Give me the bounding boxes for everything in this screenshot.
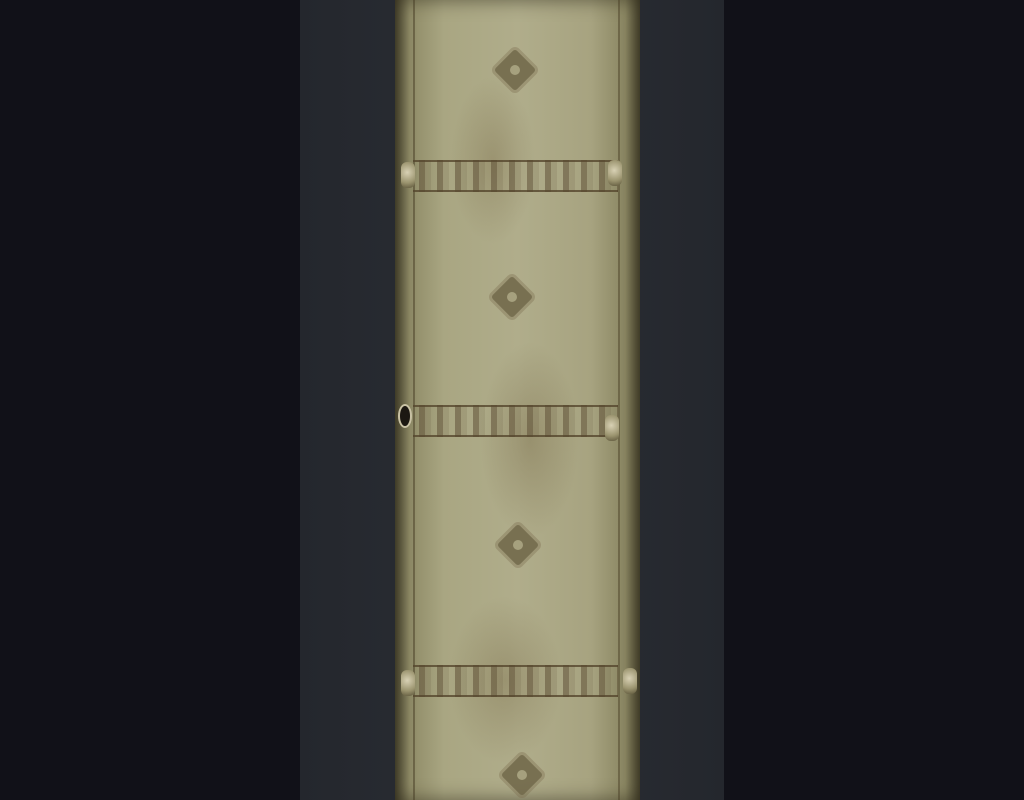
diamond-ornament-icon <box>497 524 539 566</box>
band-knot <box>605 415 619 441</box>
diamond-ornament-icon <box>494 49 536 91</box>
book-spine <box>395 0 640 800</box>
band-knot <box>623 668 637 694</box>
band-hole <box>398 404 412 428</box>
raised-band <box>413 405 618 437</box>
band-knot <box>608 160 622 186</box>
raised-band <box>413 160 618 192</box>
left-dark-panel <box>0 0 300 800</box>
diamond-ornament-icon <box>501 754 543 796</box>
diamond-ornament-icon <box>491 276 533 318</box>
band-knot <box>401 162 415 188</box>
band-knot <box>401 670 415 696</box>
photo-backdrop <box>300 0 724 800</box>
raised-band <box>413 665 618 697</box>
right-dark-panel <box>724 0 1024 800</box>
